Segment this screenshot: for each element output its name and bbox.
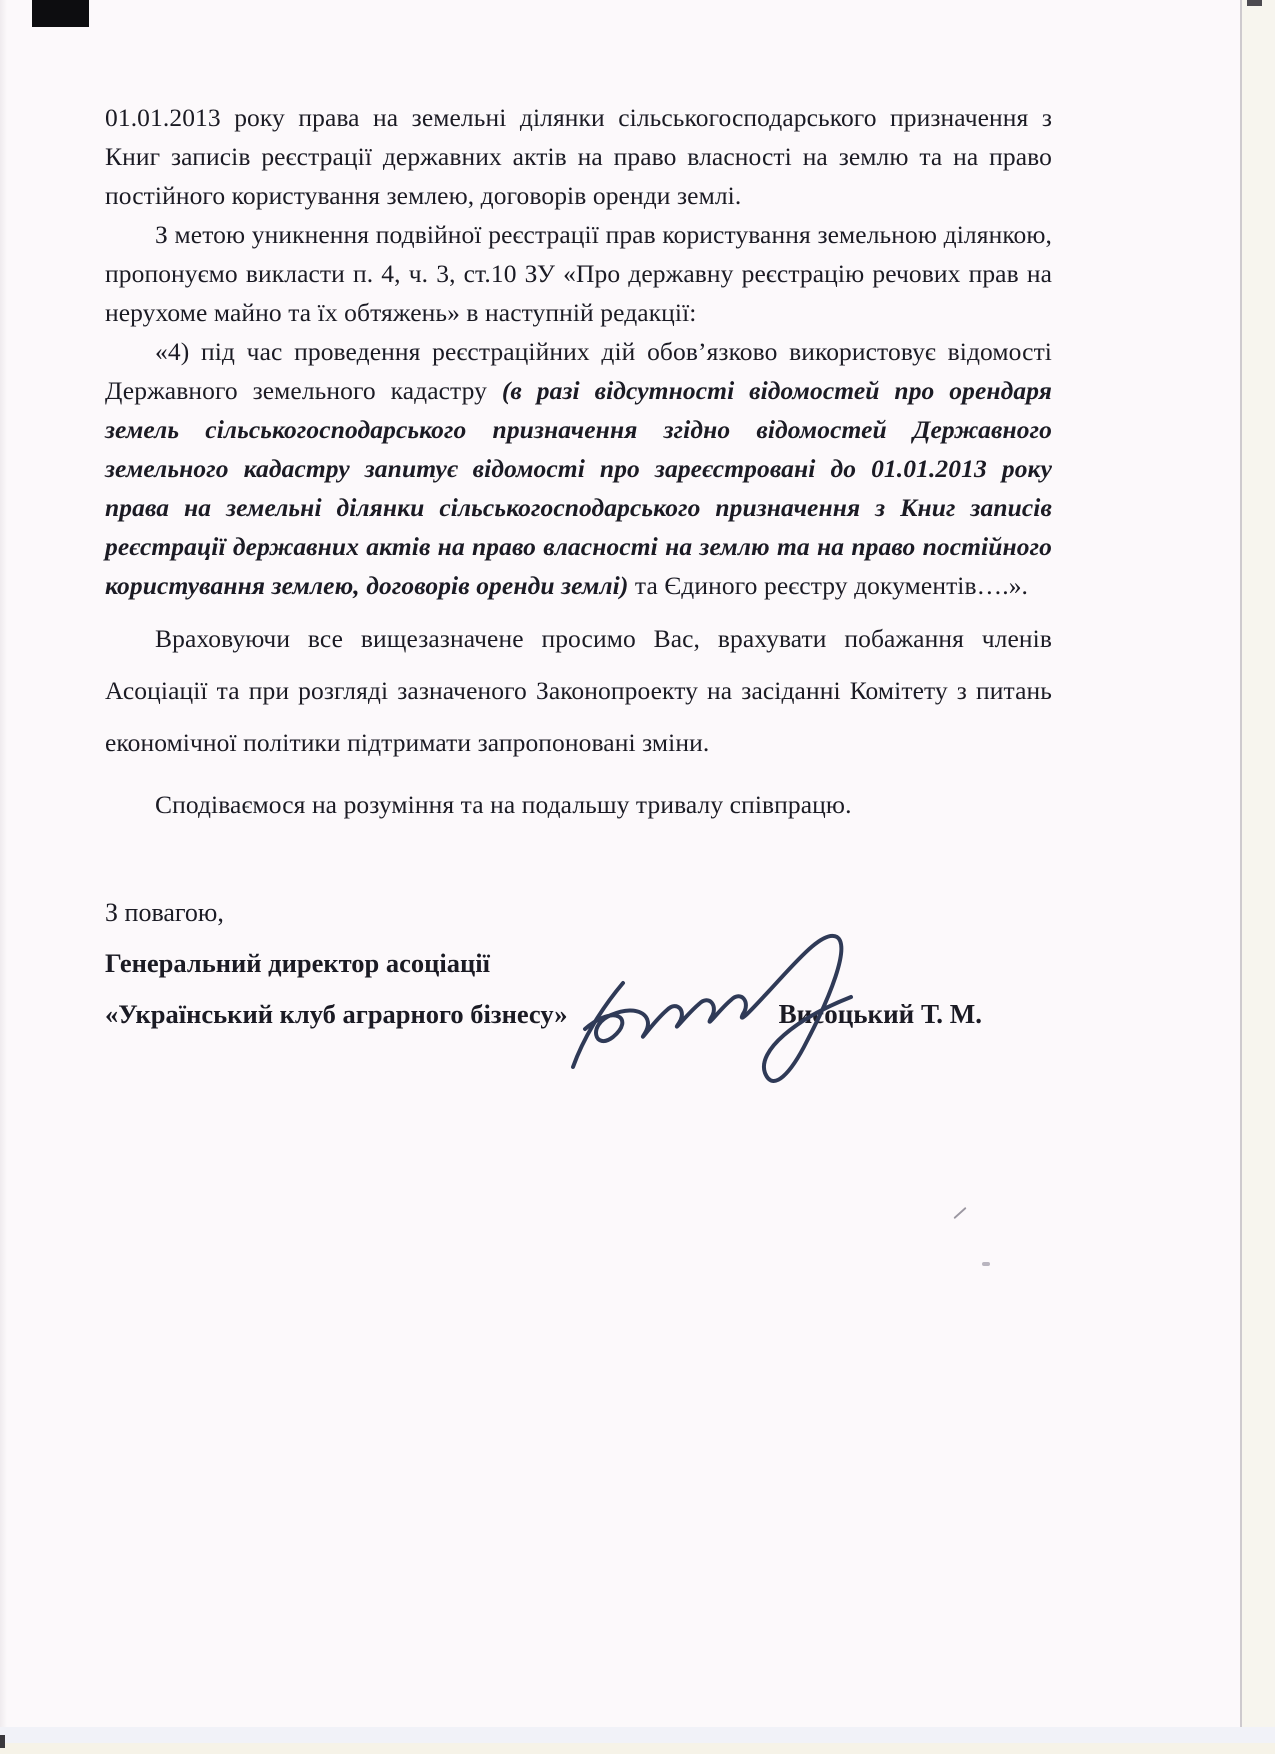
scan-artifact-top-right — [1247, 0, 1262, 6]
scan-speck — [953, 1207, 966, 1219]
clause-emphasis: (в разі відсутності відомостей про оренд… — [105, 376, 1052, 600]
clause-suffix: та Єдиного реєстру документів….». — [628, 571, 1028, 600]
scan-strip-bottom — [0, 1743, 1275, 1754]
paragraph-quoted-clause: «4) під час проведення реєстраційних дій… — [105, 332, 1052, 605]
scan-speck — [982, 1262, 990, 1266]
signer-name: Висоцький Т. М. — [779, 999, 982, 1030]
salutation: З повагою, — [105, 898, 1052, 928]
scan-artifact-top-left — [32, 0, 89, 27]
scan-band-bottom — [0, 1727, 1275, 1743]
paragraph-continuation: 01.01.2013 року права на земельні ділянк… — [105, 98, 1052, 215]
scanned-letter-page: 01.01.2013 року права на земельні ділянк… — [0, 0, 1275, 1754]
scan-fold-line-right — [1240, 0, 1242, 1754]
paragraph-request: Враховуючи все вищезазначене просимо Вас… — [105, 613, 1052, 769]
signer-title-line2: «Український клуб аграрного бізнесу» — [105, 999, 568, 1030]
closing-block: З повагою, Генеральний директор асоціаці… — [105, 898, 1052, 1030]
signer-title-line1: Генеральний директор асоціації — [105, 948, 1052, 978]
letter-body: 01.01.2013 року права на земельні ділянк… — [105, 98, 1052, 1030]
paragraph-proposal: З метою уникнення подвійної реєстрації п… — [105, 215, 1052, 332]
signature-row: «Український клуб аграрного бізнесу» Вис… — [105, 999, 1052, 1030]
scan-strip-right — [1242, 0, 1275, 1754]
scan-artifact-bottom-left — [0, 1735, 5, 1748]
paragraph-hope: Сподіваємося на розуміння та на подальшу… — [105, 785, 1052, 824]
scan-edge-left — [0, 0, 7, 1754]
